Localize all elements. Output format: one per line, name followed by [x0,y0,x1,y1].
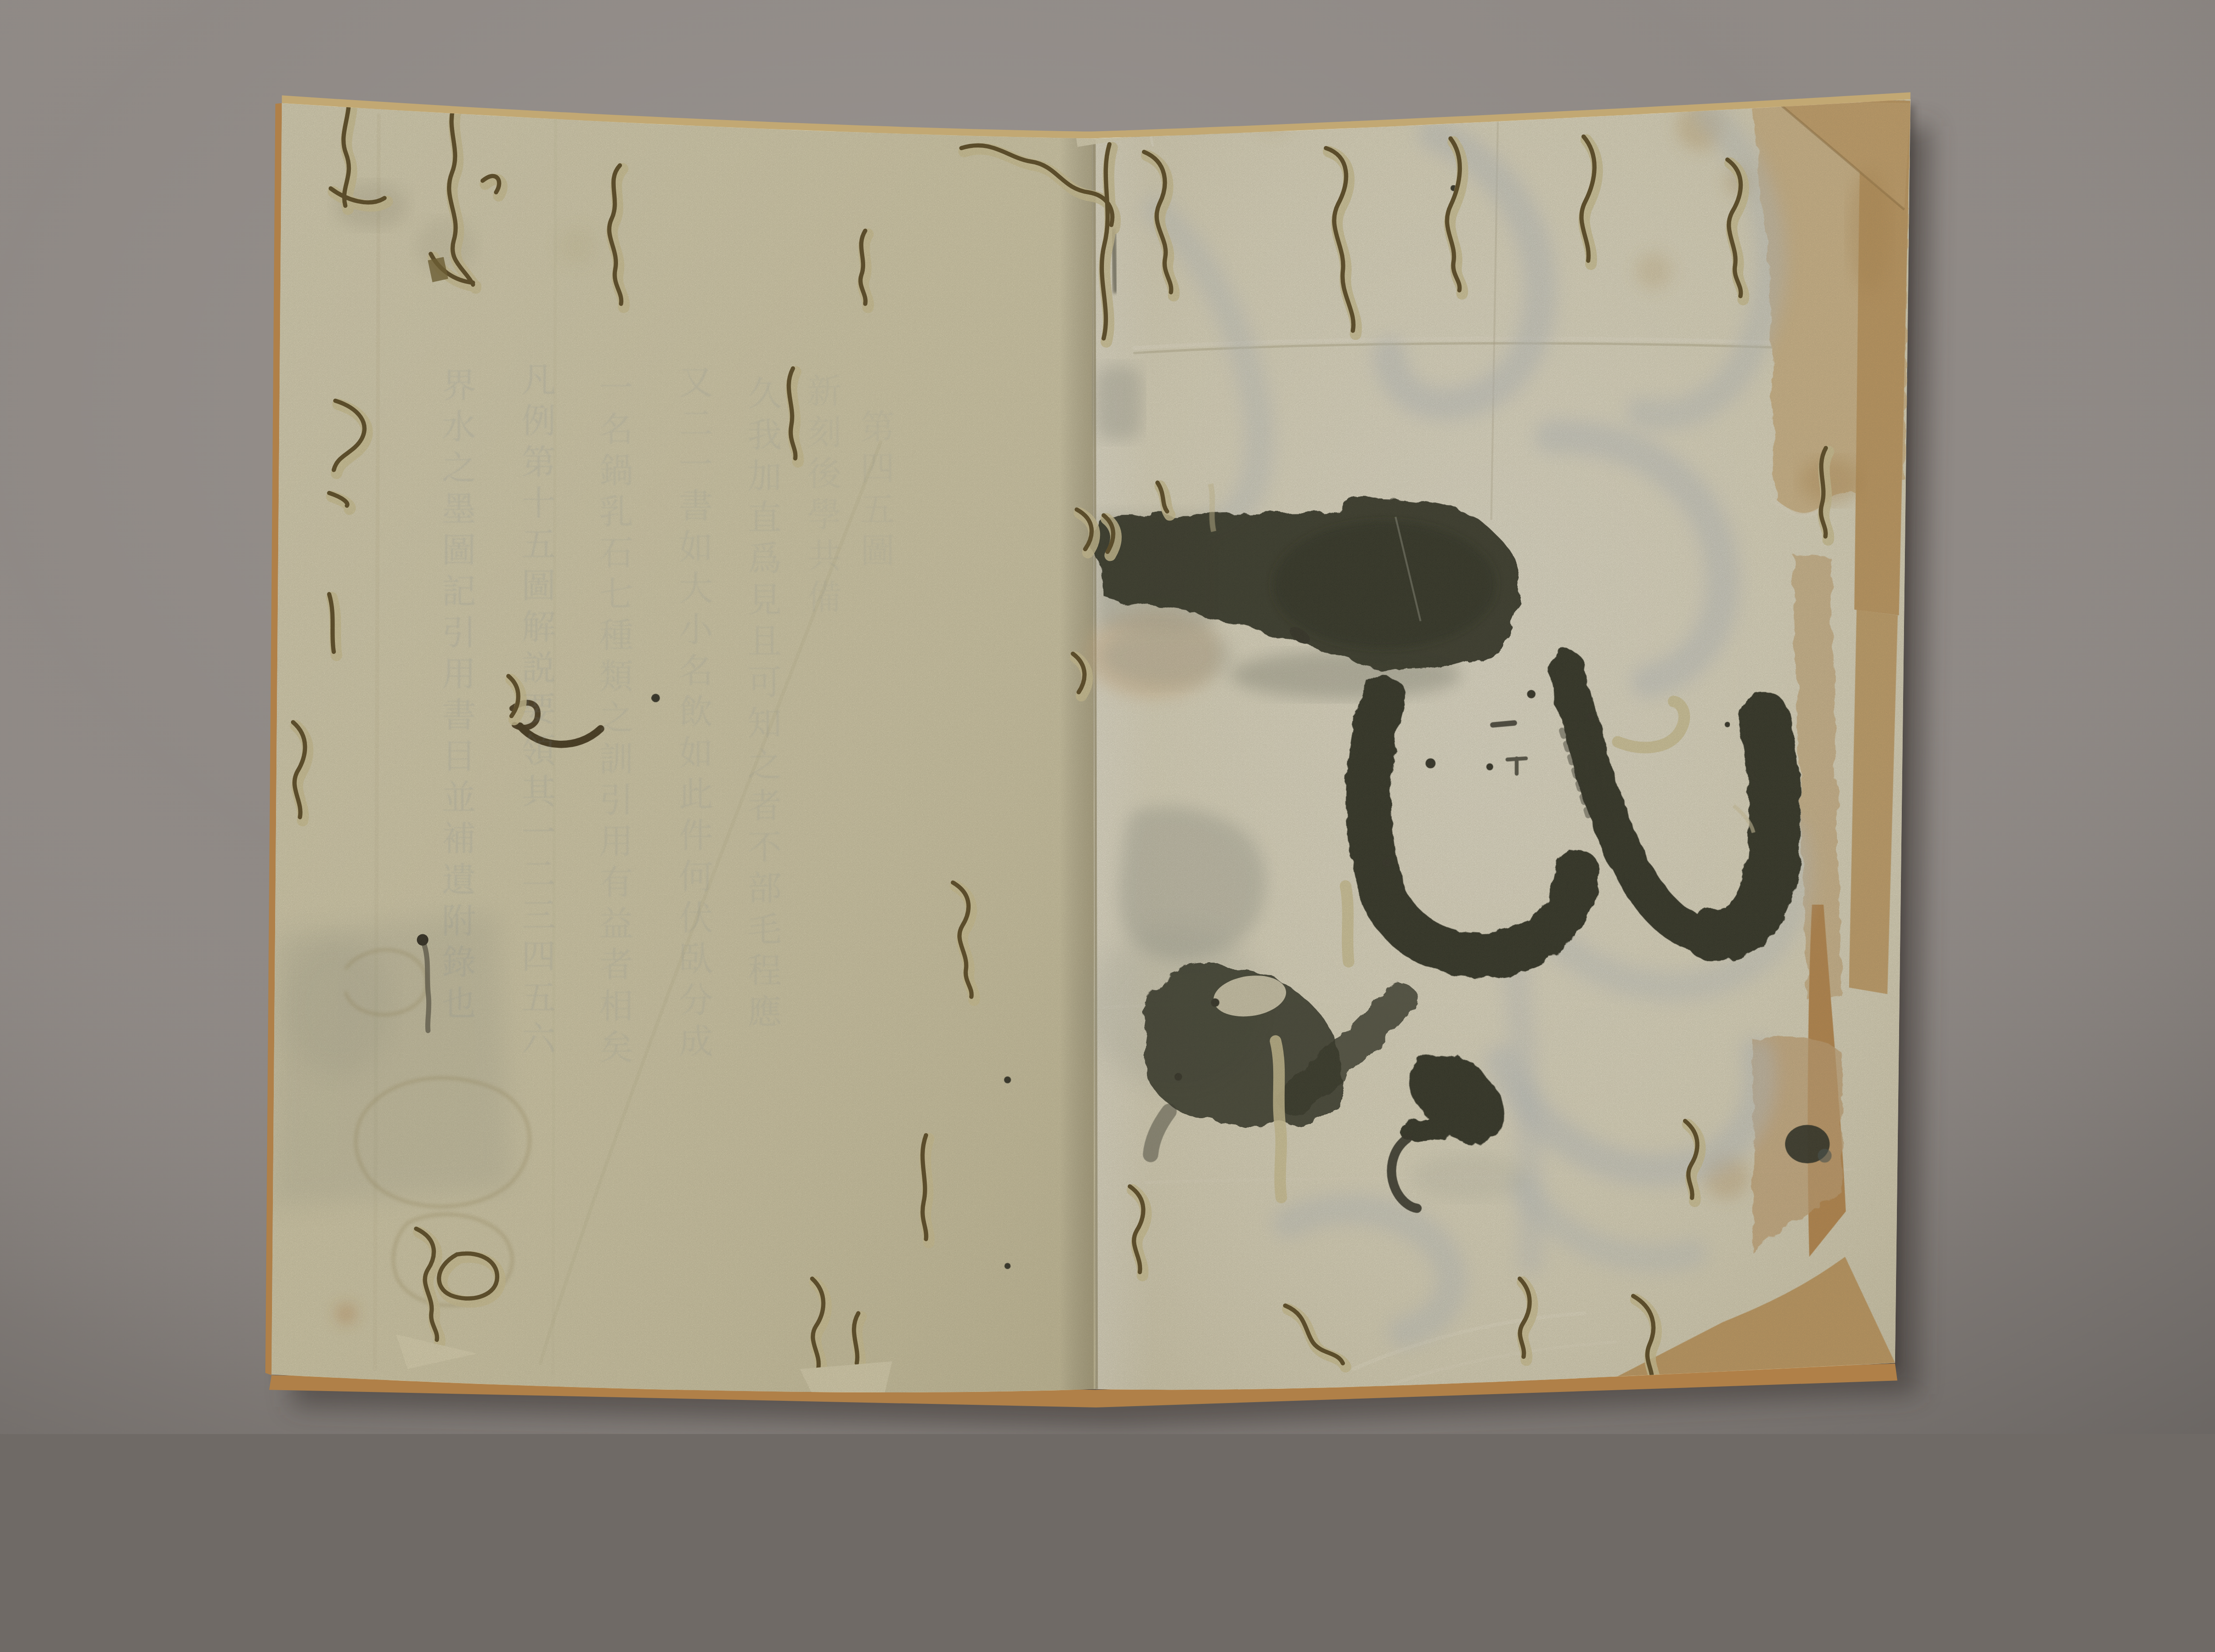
paper-grain [272,99,1911,1392]
photo-of-antique-book: 界水之墨圖記引用書目並補遺附錄也 凡例第十五圖解説要領其一二三四五六 一名鍋乳石… [0,0,2215,1434]
photo-svg [0,0,2215,1434]
